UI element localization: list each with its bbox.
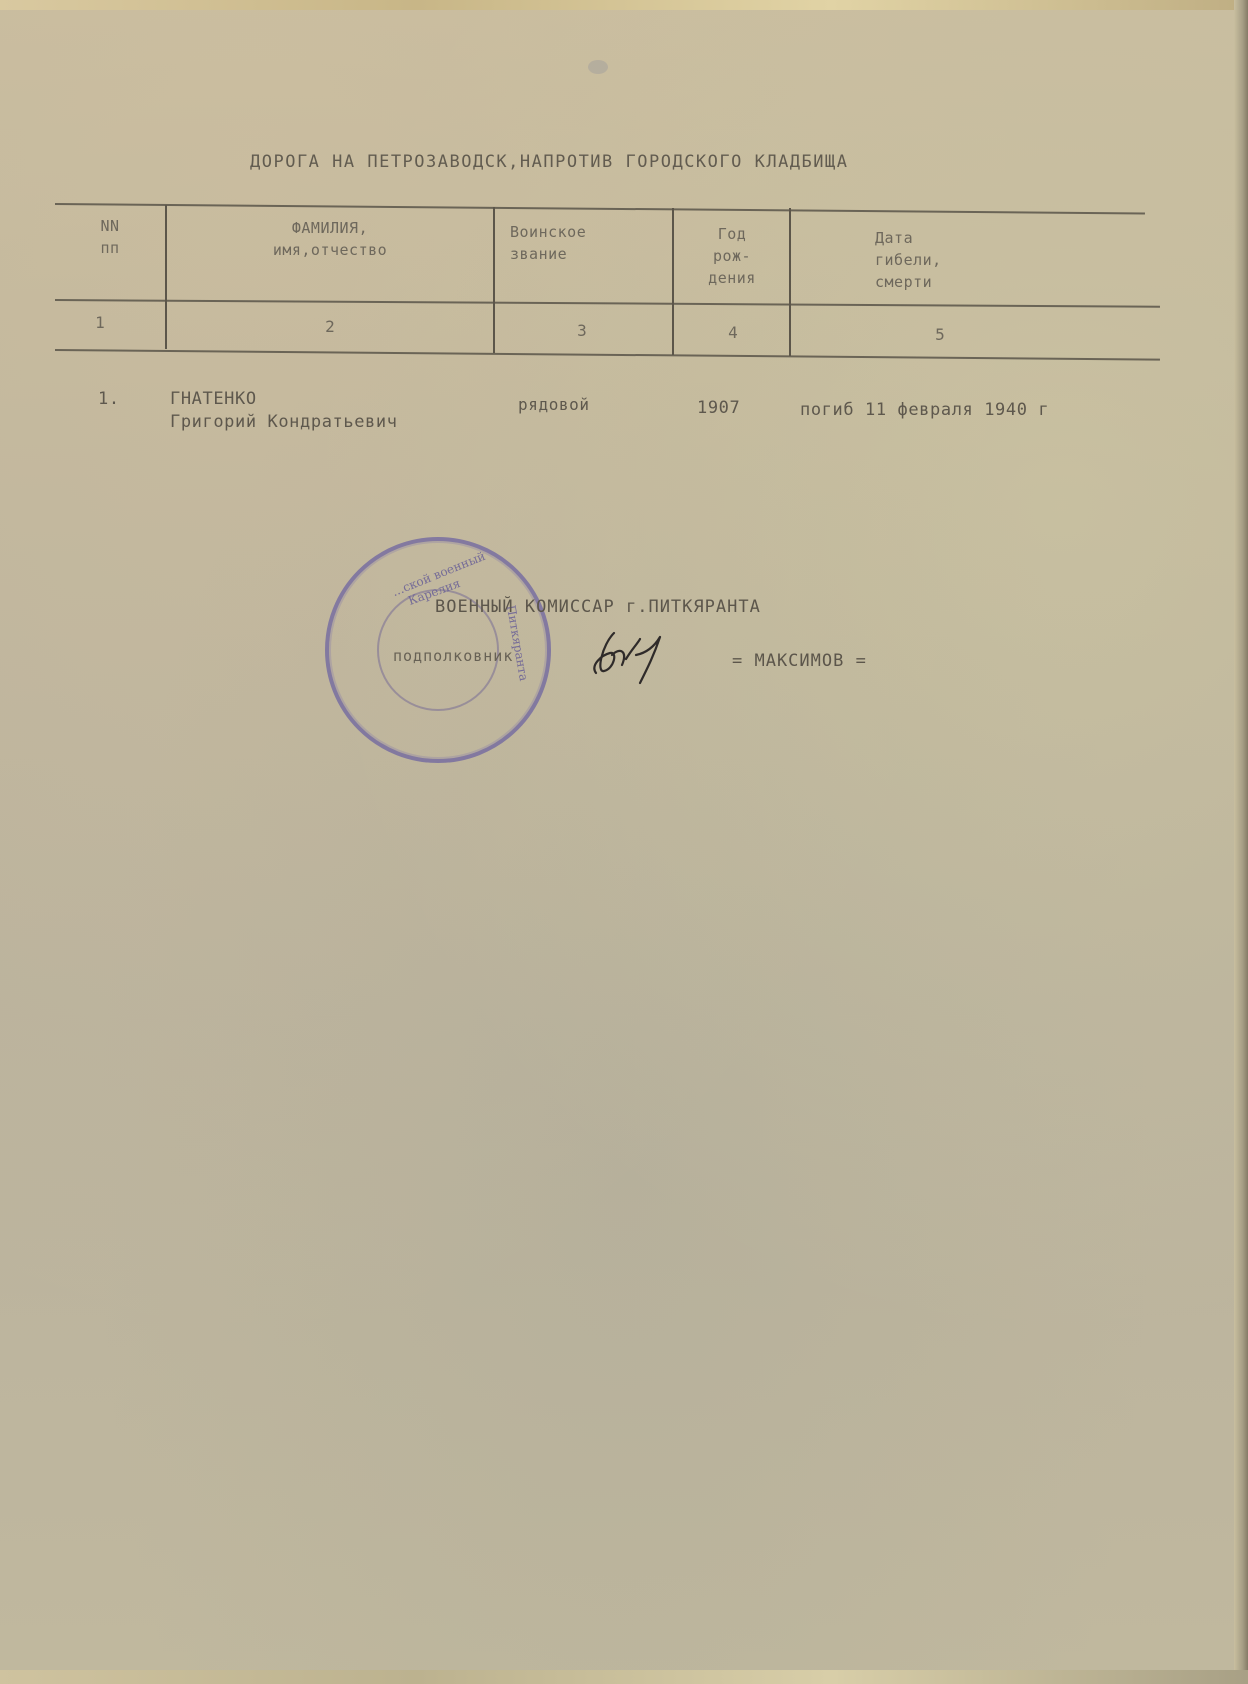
header-birth-year: Год рож- дения bbox=[677, 223, 787, 289]
handwritten-signature bbox=[588, 625, 678, 685]
paper-speck bbox=[588, 60, 608, 74]
header-full-name: ФАМИЛИЯ, имя,отчество bbox=[175, 217, 485, 261]
header-birth-year-line3: дения bbox=[677, 267, 787, 289]
header-number: NN пп bbox=[75, 215, 145, 259]
row-birth-year: 1907 bbox=[697, 398, 740, 418]
column-divider-1 bbox=[165, 205, 167, 349]
paper-top-edge bbox=[0, 0, 1248, 10]
scanned-document-page: ДОРОГА НА ПЕТРОЗАВОДСК,НАПРОТИВ ГОРОДСКО… bbox=[0, 0, 1248, 1684]
row-death-date: погиб 11 февраля 1940 г bbox=[800, 400, 1049, 420]
header-death-date-line3: смерти bbox=[875, 271, 995, 293]
table-header-divider bbox=[55, 299, 1160, 308]
header-military-rank-line2: звание bbox=[510, 243, 660, 265]
header-birth-year-line1: Год bbox=[677, 223, 787, 245]
header-number-line2: пп bbox=[75, 237, 145, 259]
header-death-date-line2: гибели, bbox=[875, 249, 995, 271]
document-title: ДОРОГА НА ПЕТРОЗАВОДСК,НАПРОТИВ ГОРОДСКО… bbox=[250, 152, 1020, 172]
row-number: 1. bbox=[98, 389, 120, 409]
column-number-1: 1 bbox=[85, 313, 115, 332]
header-full-name-line2: имя,отчество bbox=[175, 239, 485, 261]
row-rank: рядовой bbox=[518, 395, 590, 414]
header-death-date: Дата гибели, смерти bbox=[875, 227, 995, 293]
header-military-rank-line1: Воинское bbox=[510, 221, 660, 243]
header-death-date-line1: Дата bbox=[875, 227, 995, 249]
burial-record-table: NN пп ФАМИЛИЯ, имя,отчество Воинское зва… bbox=[55, 203, 1155, 368]
column-number-2: 2 bbox=[315, 317, 345, 336]
header-birth-year-line2: рож- bbox=[677, 245, 787, 267]
column-number-4: 4 bbox=[718, 323, 748, 342]
paper-bottom-edge bbox=[0, 1670, 1248, 1684]
row-surname: ГНАТЕНКО bbox=[170, 389, 257, 409]
table-top-border bbox=[55, 203, 1145, 215]
signatory-name: = МАКСИМОВ = bbox=[732, 651, 867, 671]
column-number-3: 3 bbox=[567, 321, 597, 340]
column-divider-3 bbox=[672, 208, 674, 355]
header-number-line1: NN bbox=[75, 215, 145, 237]
column-divider-2 bbox=[493, 207, 495, 353]
column-number-5: 5 bbox=[925, 325, 955, 344]
paper-right-edge bbox=[1234, 0, 1248, 1684]
column-divider-4 bbox=[789, 208, 791, 356]
signatory-position: ВОЕННЫЙ КОМИССАР г.ПИТКЯРАНТА bbox=[435, 597, 761, 617]
signatory-rank: подполковник bbox=[393, 647, 513, 665]
table-bottom-border bbox=[55, 349, 1160, 361]
header-full-name-line1: ФАМИЛИЯ, bbox=[175, 217, 485, 239]
row-name-patronymic: Григорий Кондратьевич bbox=[170, 412, 398, 432]
header-military-rank: Воинское звание bbox=[510, 221, 660, 265]
